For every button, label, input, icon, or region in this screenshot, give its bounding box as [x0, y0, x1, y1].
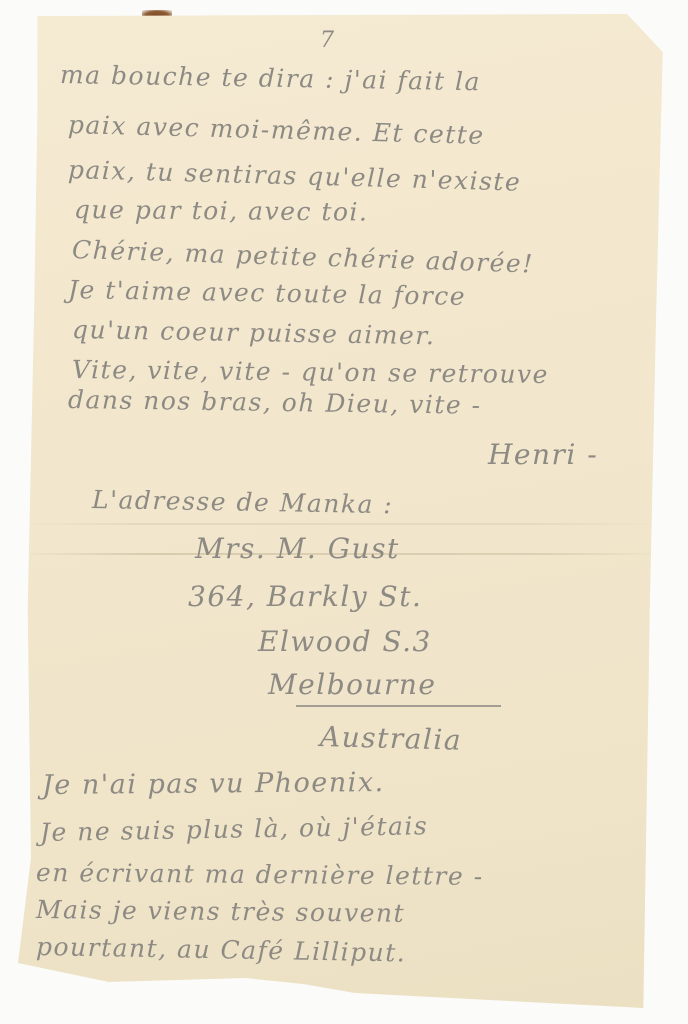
address-line-suburb: Elwood S.3 — [258, 625, 432, 658]
letter-line: Vite, vite, vite - qu'on se retrouve — [72, 355, 549, 389]
address-line-country: Australia — [320, 720, 463, 757]
postscript-line: Mais je viens très souvent — [36, 895, 405, 928]
address-line-name: Mrs. M. Gust — [195, 532, 400, 565]
page-number: 7 — [320, 28, 334, 53]
signature: Henri - — [488, 438, 598, 471]
address-intro: L'adresse de Manka : — [92, 485, 394, 519]
postscript-line: en écrivant ma dernière lettre - — [36, 858, 484, 891]
letter-line: dans nos bras, oh Dieu, vite - — [68, 385, 482, 420]
address-line-city: Melbourne — [268, 668, 437, 701]
address-underline — [296, 705, 501, 707]
address-line-street: 364, Barkly St. — [188, 580, 422, 613]
paper-fold-crease — [18, 523, 666, 525]
letter-line: que par toi, avec toi. — [74, 195, 369, 227]
postscript-line: Je n'ai pas vu Phoenix. — [42, 767, 385, 801]
